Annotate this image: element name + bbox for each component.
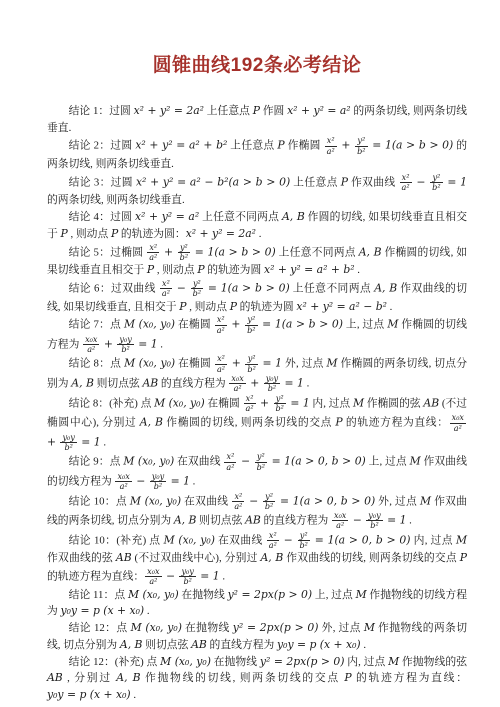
body-text: 内, 过点 — [411, 534, 456, 546]
math-inline: x² + y² = a² − b²(a > b > 0) — [136, 175, 290, 188]
math-inline: A, B — [120, 638, 143, 651]
math-inline: + — [228, 357, 244, 370]
body-text: . — [131, 689, 136, 701]
body-text: 的直线方程为 — [207, 639, 277, 651]
body-text: 结论 7：点 — [69, 319, 124, 331]
math-inline: − — [245, 494, 261, 507]
math-inline: = 1 — [135, 337, 158, 350]
math-fraction: x²a² — [160, 279, 172, 299]
body-text: 结论 1：过圆 — [69, 105, 134, 117]
math-inline: = 1 — [384, 513, 407, 526]
math-inline: P — [230, 300, 237, 313]
math-fraction: y²b² — [245, 315, 257, 335]
body-text: 结论 8：点 — [69, 358, 124, 370]
math-fraction: y²b² — [274, 394, 286, 414]
body-text: . — [158, 338, 163, 350]
math-inline: y₀y = p (x + x₀) — [47, 688, 131, 701]
math-fraction: x²a² — [215, 315, 227, 335]
math-inline: P — [344, 671, 351, 684]
math-fraction: x²a² — [400, 173, 412, 193]
body-text: , 则动点 — [154, 264, 197, 276]
math-inline: − — [349, 513, 365, 526]
math-fraction: y₀yb² — [179, 567, 195, 587]
math-inline: M — [353, 396, 364, 409]
body-text: 在椭圆 — [205, 397, 243, 409]
math-inline: = 1 — [281, 376, 304, 389]
math-inline: A, B — [140, 416, 163, 429]
math-inline: x² + y² = a² — [135, 210, 199, 223]
math-fraction: x₀xa² — [450, 413, 466, 433]
math-inline: A, B — [260, 551, 283, 564]
math-inline: M (x₀, y₀) — [160, 655, 211, 668]
math-inline: = 1 — [259, 357, 282, 370]
conclusion-paragraph: 结论 10：(补充) 点 M (x₀, y₀) 在双曲线 x²a² − y²b²… — [47, 531, 467, 587]
math-inline: = 1(a > b > 0) — [259, 318, 343, 331]
math-inline: x² + y² = a² + b² — [135, 139, 227, 152]
math-inline: P — [253, 104, 260, 117]
math-fraction: x²a² — [232, 492, 244, 512]
body-text: 的轨迹方程为直线： — [343, 417, 449, 429]
math-fraction: x²a² — [224, 452, 236, 472]
math-inline: M (x₀, y₀) — [124, 318, 175, 331]
math-inline: = 1 — [197, 569, 220, 582]
math-inline: x² + y² = a² — [287, 104, 351, 117]
math-inline: − — [133, 474, 149, 487]
body-text: 上任意不同两点 — [199, 211, 282, 223]
conclusion-paragraph: 结论 3：过圆 x² + y² = a² − b²(a > b > 0) 上任意… — [47, 173, 467, 209]
math-inline: M — [388, 655, 399, 668]
body-text: 在抛物线 — [211, 656, 260, 668]
math-inline: y₀y = p (x + x₀) — [277, 638, 361, 651]
math-inline: A, B — [359, 245, 382, 258]
math-inline: x² + y² = a² − b² — [296, 300, 387, 313]
body-text: 的轨迹方程为直线： — [47, 570, 144, 582]
math-inline: x² + y² = 2a² — [134, 104, 204, 117]
math-inline: y² = 2px(p > 0) — [228, 588, 313, 601]
body-text: 在抛物线 — [179, 589, 228, 601]
math-inline: M — [327, 357, 338, 370]
math-inline: P — [460, 551, 467, 564]
conclusion-paragraph: 结论 12：(补充) 点 M (x₀, y₀) 在抛物线 y² = 2px(p … — [47, 654, 467, 704]
body-text: 结论 10：点 — [69, 495, 130, 507]
math-fraction: y₀yb² — [366, 511, 382, 531]
conclusion-paragraph: 结论 6：过双曲线 x²a² − y²b² = 1(a > b > 0) 上任意… — [47, 279, 467, 315]
math-inline: y² = 2px(p > 0) — [260, 655, 345, 668]
math-inline: = 1 — [287, 396, 310, 409]
body-text: 的轨迹为圆 — [205, 264, 264, 276]
body-text: 上任意点 — [204, 105, 253, 117]
math-inline: M — [387, 318, 398, 331]
body-text: , 分别过 — [63, 672, 117, 684]
math-inline: − — [173, 281, 190, 294]
body-text: . — [144, 605, 149, 617]
math-inline: = 1 — [167, 474, 190, 487]
body-text: . — [406, 514, 411, 526]
math-inline: P — [341, 175, 348, 188]
math-fraction: x₀xa² — [83, 335, 99, 355]
body-text: . — [355, 264, 360, 276]
math-inline: M (x₀, y₀) — [130, 494, 181, 507]
math-fraction: x²a² — [244, 394, 256, 414]
conclusion-paragraph: 结论 9：点 M (x₀, y₀) 在双曲线 x²a² − y²b² = 1(a… — [47, 452, 467, 491]
body-text: 作双曲线 — [348, 176, 399, 188]
math-inline: A, B — [282, 210, 305, 223]
math-inline: A, B — [174, 513, 197, 526]
body-text: 的直线方程为 — [158, 377, 228, 389]
body-text: 外, 过点 — [319, 622, 364, 634]
body-text: 作椭圆 — [285, 140, 324, 152]
math-inline: + — [247, 376, 263, 389]
math-inline: = 1 — [78, 435, 101, 448]
math-inline: + — [257, 396, 273, 409]
math-fraction: x²a² — [215, 354, 227, 374]
body-text: 结论 12：(补充) 点 — [69, 656, 161, 668]
math-inline: x² + y² = 2a² — [186, 227, 256, 240]
body-text: . — [190, 475, 195, 487]
body-text: 结论 8：(补充) 点 — [69, 397, 154, 409]
body-text: 作椭圆的弦 — [364, 397, 423, 409]
conclusion-paragraph: 结论 2：过圆 x² + y² = a² + b² 上任意点 P 作椭圆 x²a… — [47, 136, 467, 172]
math-inline: M — [364, 621, 375, 634]
body-text: 则切点弦 — [196, 514, 245, 526]
body-text: 结论 5：过椭圆 — [69, 246, 147, 258]
math-inline: AB — [245, 513, 261, 526]
conclusion-list: 结论 1：过圆 x² + y² = 2a² 上任意点 P 作圆 x² + y² … — [47, 103, 467, 704]
body-text: 在双曲线 — [181, 495, 231, 507]
math-inline: + — [228, 318, 244, 331]
body-text: 结论 10：(补充) 点 — [69, 534, 164, 546]
math-inline: = 1(a > 0, b > 0) — [268, 455, 366, 468]
math-inline: M (x₀, y₀) — [128, 588, 179, 601]
body-text: 作双曲线的弦 — [47, 552, 116, 564]
body-text: . — [101, 436, 106, 448]
conclusion-paragraph: 结论 10：点 M (x₀, y₀) 在双曲线 x²a² − y²b² = 1(… — [47, 492, 467, 531]
body-text: . — [361, 639, 366, 651]
document-page: 圆锥曲线192条必考结论 结论 1：过圆 x² + y² = 2a² 上任意点 … — [0, 0, 500, 707]
math-inline: + — [47, 435, 59, 448]
math-inline: = 1(a > b > 0) — [204, 281, 290, 294]
math-inline: = 1 — [444, 175, 467, 188]
math-fraction: x₀xa² — [115, 472, 131, 492]
body-text: 的轨迹为圆 — [237, 301, 296, 313]
math-fraction: y₀yb² — [264, 374, 280, 394]
math-inline: AB — [116, 551, 132, 564]
body-text: (不过双曲线中心), 分别过 — [132, 552, 261, 564]
body-text: 结论 3：过圆 — [69, 176, 136, 188]
math-inline: M (x₀, y₀) — [124, 357, 175, 370]
body-text: 作抛物线的弦 — [399, 656, 467, 668]
body-text: , 则动点 — [187, 301, 230, 313]
body-text: . — [256, 228, 261, 240]
body-text: 外, 过点 — [375, 495, 420, 507]
body-text: 上任意点 — [290, 176, 341, 188]
conclusion-paragraph: 结论 1：过圆 x² + y² = 2a² 上任意点 P 作圆 x² + y² … — [47, 103, 467, 136]
math-inline: P — [335, 416, 342, 429]
math-fraction: y²b² — [191, 279, 203, 299]
math-inline: M (x₀, y₀) — [131, 621, 182, 634]
math-inline: AB — [191, 638, 207, 651]
math-fraction: x²a² — [147, 243, 159, 263]
body-text: 的轨迹方程为直线： — [352, 672, 467, 684]
body-text: 的直线方程为 — [261, 514, 331, 526]
body-text: 在双曲线 — [215, 534, 266, 546]
body-text: 结论 12：点 — [69, 622, 131, 634]
body-text: 的两条切线, 则两条切线垂直. — [47, 194, 185, 206]
conclusion-paragraph: 结论 5：过椭圆 x²a² + y²b² = 1(a > b > 0) 上任意不… — [47, 243, 467, 279]
math-inline: P — [179, 300, 186, 313]
math-inline: A, B — [71, 376, 94, 389]
body-text: 则切点弦 — [143, 639, 192, 651]
body-text: 作圆 — [260, 105, 287, 117]
body-text: 上, 过点 — [366, 456, 410, 468]
body-text: 内, 过点 — [310, 397, 353, 409]
math-inline: M — [456, 533, 467, 546]
body-text: 的轨迹为圆： — [118, 228, 185, 240]
math-inline: M (x₀, y₀) — [164, 533, 215, 546]
body-text: 上, 过点 — [312, 589, 356, 601]
body-text: 在抛物线 — [182, 622, 233, 634]
body-text: 则切点弦 — [94, 377, 143, 389]
math-fraction: y²b² — [430, 173, 442, 193]
math-inline: = 1(a > 0, b > 0) — [311, 533, 411, 546]
body-text: , 则动点 — [68, 228, 111, 240]
math-inline: x² + y² = a² + b² — [264, 263, 355, 276]
math-inline: − — [237, 455, 253, 468]
conclusion-paragraph: 结论 8：(补充) 点 M (x₀, y₀) 在椭圆 x²a² + y²b² =… — [47, 394, 467, 453]
conclusion-paragraph: 结论 7：点 M (x₀, y₀) 在椭圆 x²a² + y²b² = 1(a … — [47, 315, 467, 354]
math-fraction: x₀xa² — [332, 511, 348, 531]
math-inline: M — [356, 588, 367, 601]
math-inline: = 1(a > 0, b > 0) — [276, 494, 375, 507]
math-inline: + — [160, 245, 176, 258]
body-text: . — [304, 377, 309, 389]
body-text: 上任意不同两点 — [276, 246, 359, 258]
math-fraction: x₀xa² — [145, 567, 161, 587]
math-inline: A, B — [116, 671, 140, 684]
math-fraction: y²b² — [255, 452, 267, 472]
body-text: 在椭圆 — [175, 358, 214, 370]
body-text: 作双曲线的切线, 则两条切线的交点 — [283, 552, 459, 564]
conclusion-paragraph: 结论 4：过圆 x² + y² = a² 上任意不同两点 A, B 作圆的切线,… — [47, 209, 467, 242]
body-text: 结论 11：点 — [69, 589, 128, 601]
body-text: 在椭圆 — [175, 319, 214, 331]
math-inline: + — [100, 337, 116, 350]
body-text: . — [387, 301, 392, 313]
math-fraction: y₀yb² — [150, 472, 166, 492]
body-text: 外, 过点 — [282, 358, 326, 370]
math-fraction: x₀xa² — [229, 374, 245, 394]
math-inline: y² = 2px(p > 0) — [233, 621, 319, 634]
body-text: 结论 6：过双曲线 — [69, 282, 159, 294]
math-fraction: y²b² — [298, 531, 310, 551]
math-inline: + — [338, 139, 354, 152]
math-inline: P — [197, 263, 204, 276]
math-inline: AB — [47, 671, 63, 684]
math-inline: M — [420, 494, 431, 507]
math-fraction: x²a² — [325, 136, 337, 156]
math-inline: A, B — [374, 281, 397, 294]
conclusion-paragraph: 结论 12：点 M (x₀, y₀) 在抛物线 y² = 2px(p > 0) … — [47, 620, 467, 653]
math-fraction: x²a² — [267, 531, 279, 551]
conclusion-paragraph: 结论 8：点 M (x₀, y₀) 在椭圆 x²a² + y²b² = 1 外,… — [47, 354, 467, 393]
body-text: . — [220, 570, 225, 582]
math-fraction: y²b² — [355, 136, 367, 156]
math-inline: y₀y = p (x + x₀) — [61, 604, 145, 617]
body-text: 上任意点 — [227, 140, 277, 152]
math-fraction: y₀yb² — [117, 335, 133, 355]
math-inline: − — [163, 569, 179, 582]
math-inline: AB — [423, 396, 439, 409]
math-inline: P — [277, 139, 284, 152]
math-fraction: y²b² — [263, 492, 275, 512]
math-inline: − — [413, 175, 430, 188]
body-text: 内, 过点 — [345, 656, 389, 668]
body-text: 作抛物线的切线, 则两条切线的交点 — [141, 672, 345, 684]
body-text: 结论 2：过圆 — [69, 140, 136, 152]
math-inline: M (x₀, y₀) — [154, 396, 205, 409]
body-text: 结论 4：过圆 — [69, 211, 135, 223]
body-text: 在双曲线 — [174, 456, 223, 468]
page-title: 圆锥曲线192条必考结论 — [47, 50, 467, 77]
math-inline: − — [280, 533, 297, 546]
conclusion-paragraph: 结论 11：点 M (x₀, y₀) 在抛物线 y² = 2px(p > 0) … — [47, 587, 467, 620]
body-text: 上, 过点 — [343, 319, 387, 331]
math-fraction: y₀yb² — [60, 433, 76, 453]
math-inline: M (x₀, y₀) — [123, 455, 174, 468]
math-inline: AB — [143, 376, 159, 389]
math-inline: M — [410, 455, 421, 468]
math-inline: = 1(a > b > 0) — [369, 139, 454, 152]
math-inline: P — [61, 227, 68, 240]
math-inline: = 1(a > b > 0) — [191, 245, 276, 258]
body-text: 结论 9：点 — [69, 456, 124, 468]
math-fraction: y²b² — [178, 243, 190, 263]
body-text: 作椭圆的切线, 则两条切线的交点 — [163, 417, 335, 429]
math-fraction: y²b² — [245, 354, 257, 374]
body-text: 上任意不同两点 — [290, 282, 375, 294]
